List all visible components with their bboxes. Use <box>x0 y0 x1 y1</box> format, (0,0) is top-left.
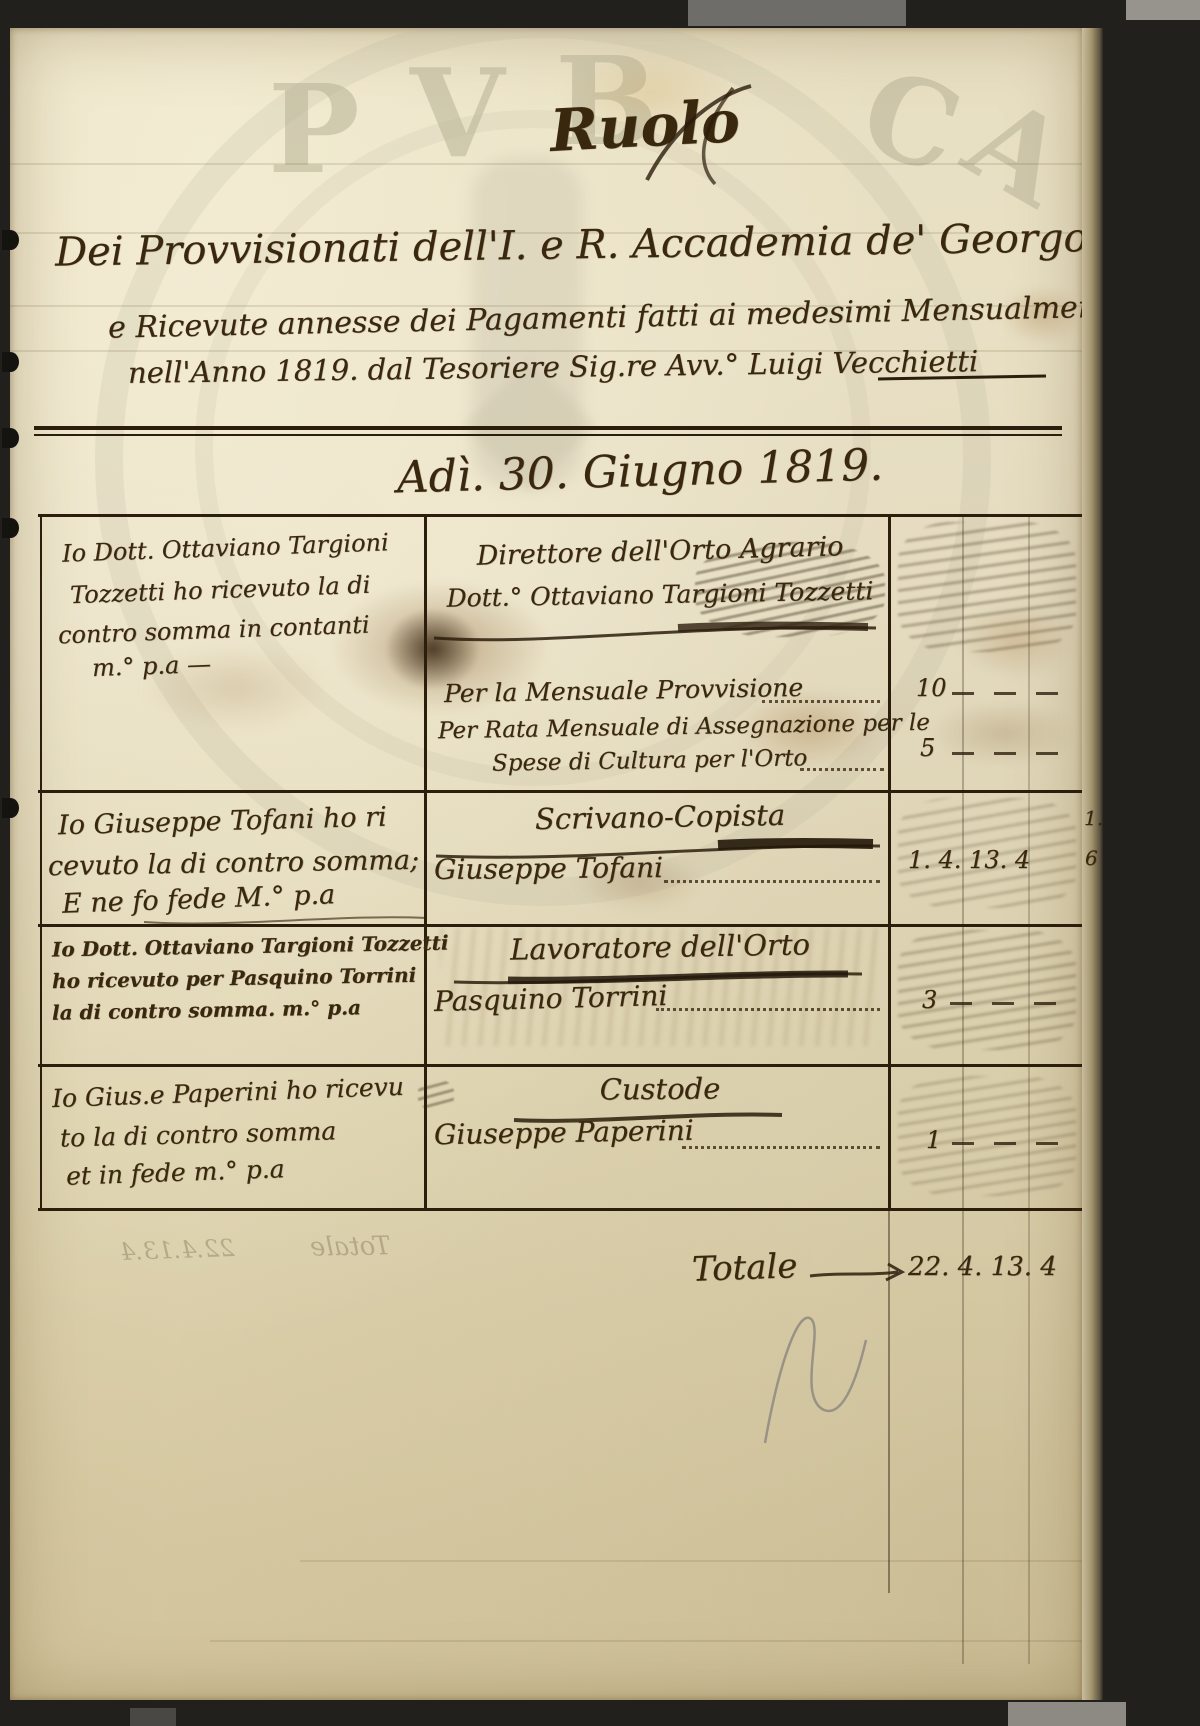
binding-notch <box>2 428 19 448</box>
crossed-flourish <box>635 80 765 195</box>
table-border-left <box>40 514 42 1210</box>
margin-fragment: 6 <box>1085 846 1098 870</box>
payee-name: Pasquino Torrini <box>434 979 668 1018</box>
amount-value: 5 <box>920 734 935 762</box>
payment-description: Spese di Cultura per l'Orto <box>492 745 808 776</box>
ink-stain <box>930 700 1076 766</box>
payee-name: Giuseppe Paperini <box>434 1114 694 1152</box>
binding-notch <box>2 352 19 372</box>
binding-notch <box>2 518 19 538</box>
scan-edge-bottom <box>1008 1702 1126 1726</box>
amount-trailing-dashes <box>952 752 1078 755</box>
receipt-text-line: ho ricevuto per Pasquino Torrini <box>52 963 417 993</box>
bleedthrough-marks <box>898 1076 1076 1196</box>
underline-flourish <box>428 618 884 648</box>
signature-flourish <box>140 912 430 928</box>
paper-crease <box>210 1640 1082 1642</box>
receipt-text-line: to la di contro somma <box>60 1116 337 1152</box>
binding-notch <box>2 798 19 818</box>
amount-trailing-dashes <box>950 1002 1076 1005</box>
amount-value: 1. 4. 13. 4 <box>908 846 1030 874</box>
binding-notch <box>2 230 19 250</box>
leader-dots <box>664 880 880 883</box>
leader-dots <box>800 768 884 771</box>
receipt-text-line: et in fede m.° p.a <box>66 1154 285 1191</box>
scan-edge-bottom-left <box>130 1708 176 1726</box>
leader-dots <box>762 700 880 703</box>
bleedthrough-total-amount: 22.4.13.4 <box>120 1234 235 1266</box>
role-title: Lavoratore dell'Orto <box>430 926 891 968</box>
role-title: Scrivano-Copista <box>430 796 891 838</box>
total-amount: 22. 4. 13. 4 <box>908 1252 1057 1282</box>
receipt-text-line: Io Dott. Ottaviano Targioni Tozzetti <box>52 931 449 962</box>
facing-page-edge: 1. 6 <box>1082 28 1103 1700</box>
scan-edge-top-right <box>1126 0 1200 20</box>
pencil-squiggle <box>740 1278 900 1448</box>
table-border-top <box>38 514 1082 517</box>
receipt-text-line: m.° p.a — <box>92 650 212 682</box>
margin-fragment: 1. <box>1084 806 1103 830</box>
paper-stain <box>955 600 1075 680</box>
currency-subcolumn-line <box>1028 514 1030 1664</box>
table-row-divider <box>38 1064 1082 1067</box>
receipt-text-line: cevuto la di contro somma; <box>48 845 420 882</box>
amount-value: 1 <box>926 1126 941 1154</box>
watermark-letter: A <box>949 79 1082 224</box>
currency-subcolumn-line <box>962 514 964 1664</box>
leader-dots <box>682 1146 880 1149</box>
leader-dots <box>656 1008 880 1011</box>
table-border-bottom <box>38 1208 1082 1211</box>
amount-trailing-dashes <box>952 1142 1072 1145</box>
bleedthrough-total-label: Totale <box>310 1231 391 1262</box>
double-rule-top <box>34 426 1062 430</box>
receipt-text-line: la di contro somma. m.° p.a <box>52 995 361 1024</box>
watermark-letter: P <box>268 68 360 190</box>
double-rule-bottom <box>34 434 1062 436</box>
role-title: Custode <box>430 1070 890 1108</box>
paper-crease <box>10 163 1082 165</box>
paper-crease <box>300 1560 1082 1562</box>
table-row-divider <box>38 790 1082 793</box>
paper-sheet: P V B C A Ruolo Dei Pro <box>10 28 1082 1700</box>
amount-value: 3 <box>922 986 937 1014</box>
amount-column-divider <box>888 514 891 1210</box>
scanned-manuscript-page: P V B C A Ruolo Dei Pro <box>0 0 1200 1726</box>
watermark-letter: V <box>410 52 505 174</box>
receipt-text-line: Io Gius.e Paperini ho ricevu <box>52 1072 405 1113</box>
amount-trailing-dashes <box>952 692 1078 695</box>
table-column-divider <box>424 514 427 1210</box>
scan-edge-top <box>688 0 906 26</box>
amount-value: 10 <box>916 674 947 702</box>
payee-name: Giuseppe Tofani <box>434 851 663 886</box>
